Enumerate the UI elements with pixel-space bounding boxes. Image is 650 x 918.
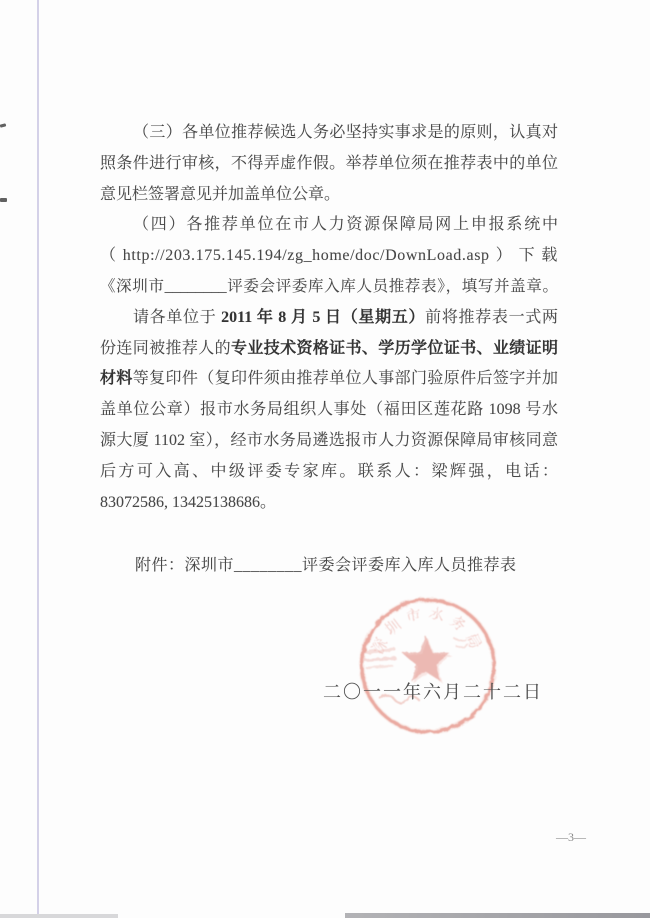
text-line: 意见栏签署意见并加盖单位公章。 — [100, 180, 558, 211]
text-line: 源大厦 1102 室），经市水务局遴选报市人力资源保障局审核同意 — [100, 426, 558, 457]
text-line: （http://203.175.145.194/zg_home/doc/Down… — [100, 241, 558, 272]
text-segment: 源大厦 1102 室），经市水务局遴选报市人力资源保障局审核同意 — [100, 432, 558, 449]
text-line: 83072586, 13425138686。 — [100, 488, 558, 519]
text-segment: （四）各推荐单位在市人力资源保障局网上申报系统中 — [133, 216, 558, 233]
text-segment: 前将推荐表一式两 — [425, 309, 558, 326]
text-segment: （三）各单位推荐候选人务必坚持实事求是的原则，认真对 — [133, 124, 558, 141]
text-line: 后方可入高、中级评委专家库。联系人：梁辉强，电话： — [100, 457, 558, 488]
scanned-page: （三）各单位推荐候选人务必坚持实事求是的原则，认真对照条件进行审核，不得弄虚作假… — [0, 0, 650, 918]
text-line: （三）各单位推荐候选人务必坚持实事求是的原则，认真对 — [100, 118, 558, 149]
text-segment: 意见栏签署意见并加盖单位公章。 — [100, 186, 340, 203]
text-line: 《深圳市________评委会评委库入库人员推荐表》，填写并盖章。 — [100, 272, 558, 303]
document-body: （三）各单位推荐候选人务必坚持实事求是的原则，认真对照条件进行审核，不得弄虚作假… — [100, 118, 558, 518]
scan-bottom-shadow-right — [345, 913, 650, 918]
text-line: 材料等复印件（复印件须由推荐单位人事部门验原件后签字并加 — [100, 364, 558, 395]
text-line: 照条件进行审核，不得弄虚作假。举荐单位须在推荐表中的单位 — [100, 149, 558, 180]
scan-fold-line — [37, 0, 39, 918]
text-segment-bold: 专业技术资格证书、学历学位证书、业绩证明 — [231, 340, 558, 357]
attachment-line: 附件：深圳市________评委会评委库入库人员推荐表 — [135, 552, 517, 575]
page-number: —3— — [556, 830, 586, 845]
text-segment: 等复印件（复印件须由推荐单位人事部门验原件后签字并加 — [133, 370, 558, 387]
text-line: （四）各推荐单位在市人力资源保障局网上申报系统中 — [100, 210, 558, 241]
text-line: 盖单位公章）报市水务局组织人事处（福田区莲花路 1098 号水 — [100, 395, 558, 426]
document-date: 二〇一一年六月二十二日 — [323, 678, 543, 704]
text-line: 份连同被推荐人的专业技术资格证书、学历学位证书、业绩证明 — [100, 334, 558, 365]
text-segment: 《深圳市________评委会评委库入库人员推荐表》，填写并盖章。 — [100, 278, 558, 295]
official-seal: 深圳市水务局 — [350, 590, 510, 750]
scan-edge-mark — [0, 123, 6, 127]
text-segment: （http://203.175.145.194/zg_home/doc/Down… — [100, 247, 558, 264]
text-segment-bold: 材料 — [100, 370, 133, 387]
text-segment: 请各单位于 — [133, 309, 221, 326]
text-segment: 83072586, 13425138686。 — [100, 494, 276, 511]
text-line: 请各单位于 2011 年 8 月 5 日（星期五）前将推荐表一式两 — [100, 303, 558, 334]
seal-star-smudge — [404, 638, 452, 683]
text-segment: 后方可入高、中级评委专家库。联系人：梁辉强，电话： — [100, 463, 558, 480]
text-segment: 份连同被推荐人的 — [100, 340, 231, 357]
text-segment-bold: 2011 年 8 月 5 日（星期五） — [221, 309, 425, 326]
text-segment: 盖单位公章）报市水务局组织人事处（福田区莲花路 1098 号水 — [100, 401, 558, 418]
scan-bottom-shadow-left — [0, 914, 118, 918]
text-segment: 照条件进行审核，不得弄虚作假。举荐单位须在推荐表中的单位 — [100, 155, 558, 172]
scan-edge-mark — [0, 198, 7, 202]
